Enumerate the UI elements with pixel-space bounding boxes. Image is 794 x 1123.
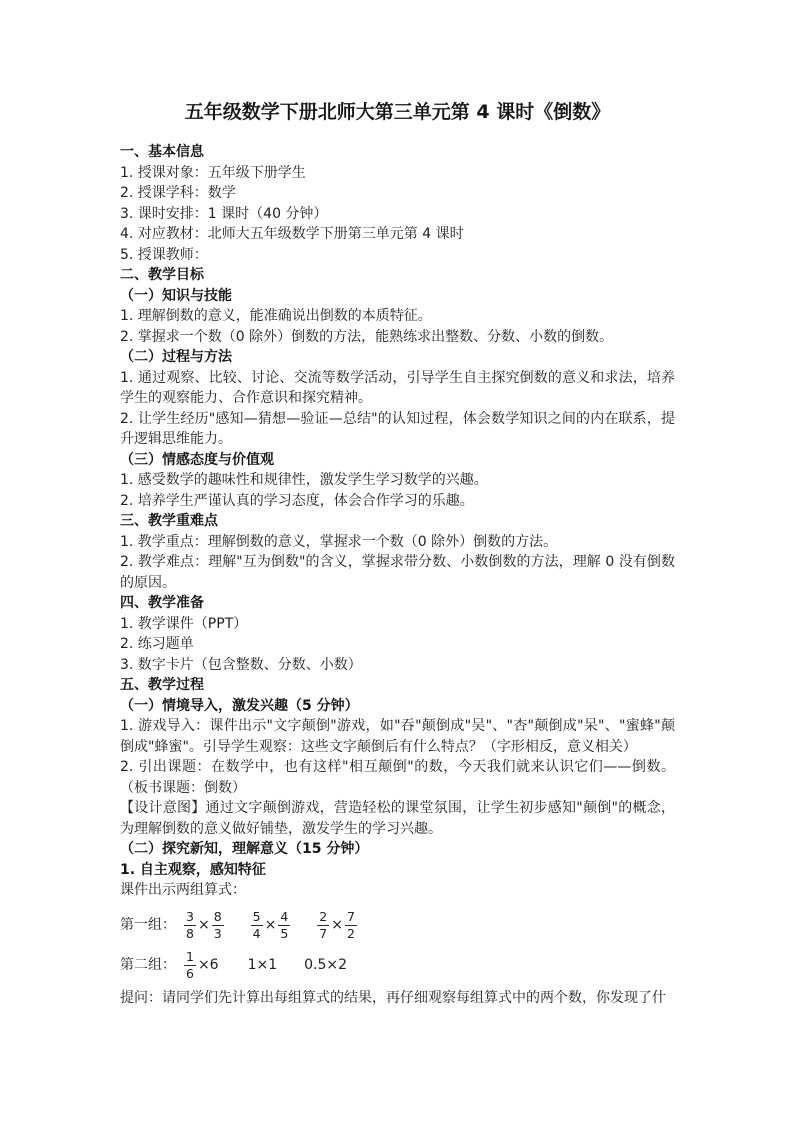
key-point-item: 2. 教学难点：理解"互为倒数"的含义，掌握求带分数、小数倒数的方法，理解 0 … [120, 552, 675, 593]
section-heading-objectives: 二、教学目标 [120, 265, 675, 286]
stage2-heading: （二）探究新知，理解意义（15 分钟） [120, 839, 675, 860]
activity-heading: 1. 自主观察，感知特征 [120, 860, 675, 881]
subsection-heading-knowledge-skills: （一）知识与技能 [120, 286, 675, 307]
multiply-operator: × [331, 916, 343, 934]
objective-item: 1. 感受数学的趣味性和规律性，激发学生学习数学的兴趣。 [120, 470, 675, 491]
fraction-numerator: 3 [184, 910, 196, 926]
fraction-denominator: 4 [251, 926, 263, 941]
stage1-item: 1. 游戏导入：课件出示"文字颠倒"游戏，如"吞"颠倒成"吴"、"杏"颠倒成"呆… [120, 716, 675, 757]
fraction-numerator: 7 [345, 910, 357, 926]
question-paragraph: 提问：请同学们先计算出每组算式的结果，再仔细观察每组算式中的两个数，你发现了什 [120, 988, 675, 1009]
fraction-numerator: 5 [251, 910, 263, 926]
subsection-heading-process-methods: （二）过程与方法 [120, 347, 675, 368]
formula-row-group2: 第二组： 16 ×6 1×1 0.5×2 [120, 950, 675, 981]
basic-info-item: 3. 课时安排：1 课时（40 分钟） [120, 204, 675, 225]
fraction: 45 [278, 910, 290, 941]
fraction-expression: 38 × 83 [184, 910, 224, 941]
fraction: 27 [317, 910, 329, 941]
plain-expression: 0.5×2 [304, 956, 347, 974]
fraction-numerator: 2 [317, 910, 329, 926]
section-heading-basic-info: 一、基本信息 [120, 142, 675, 163]
key-point-item: 1. 教学重点：理解倒数的意义，掌握求一个数（0 除外）倒数的方法。 [120, 532, 675, 553]
objective-item: 1. 理解倒数的意义，能准确说出倒数的本质特征。 [120, 306, 675, 327]
formula-row-group1: 第一组： 38 × 83 54 × 45 27 × 72 [120, 910, 675, 941]
preparation-item: 1. 教学课件（PPT） [120, 614, 675, 635]
fraction: 83 [212, 910, 224, 941]
fraction-denominator: 7 [317, 926, 329, 941]
objective-item: 2. 让学生经历"感知—猜想—验证—总结"的认知过程，体会数学知识之间的内在联系… [120, 409, 675, 450]
preparation-item: 2. 练习题单 [120, 634, 675, 655]
basic-info-item: 4. 对应教材：北师大五年级数学下册第三单元第 4 课时 [120, 224, 675, 245]
expression-suffix: ×6 [198, 956, 219, 974]
objective-item: 2. 培养学生严谨认真的学习态度，体会合作学习的乐趣。 [120, 491, 675, 512]
plain-expression: 1×1 [248, 956, 278, 974]
fraction-numerator: 1 [184, 950, 196, 966]
basic-info-item: 1. 授课对象：五年级下册学生 [120, 163, 675, 184]
multiply-operator: × [265, 916, 277, 934]
document-title: 五年级数学下册北师大第三单元第 4 课时《倒数》 [120, 99, 675, 126]
fraction-denominator: 3 [212, 926, 224, 941]
fraction-numerator: 8 [212, 910, 224, 926]
section-heading-key-points: 三、教学重难点 [120, 511, 675, 532]
fraction-denominator: 8 [184, 926, 196, 941]
fraction-expression: 27 × 72 [317, 910, 357, 941]
fraction-denominator: 2 [345, 926, 357, 941]
basic-info-item: 2. 授课学科：数学 [120, 183, 675, 204]
stage1-item: 2. 引出课题：在数学中，也有这样"相互颠倒"的数，今天我们就来认识它们——倒数… [120, 757, 675, 798]
subsection-heading-attitude-values: （三）情感态度与价值观 [120, 450, 675, 471]
fraction-expression: 16 ×6 [184, 950, 221, 981]
fraction: 72 [345, 910, 357, 941]
document-page: 五年级数学下册北师大第三单元第 4 课时《倒数》 一、基本信息 1. 授课对象：… [0, 0, 794, 1123]
fraction: 38 [184, 910, 196, 941]
preparation-item: 3. 数字卡片（包含整数、分数、小数） [120, 655, 675, 676]
fraction: 54 [251, 910, 263, 941]
basic-info-item: 5. 授课教师： [120, 245, 675, 266]
formula-group-label: 第二组： [120, 956, 176, 974]
objective-item: 1. 通过观察、比较、讨论、交流等数学活动，引导学生自主探究倒数的意义和求法，培… [120, 368, 675, 409]
multiply-operator: × [198, 916, 210, 934]
design-intent-note: 【设计意图】通过文字颠倒游戏，营造轻松的课堂氛围，让学生初步感知"颠倒"的概念，… [120, 798, 675, 839]
section-heading-preparation: 四、教学准备 [120, 593, 675, 614]
formula-group-label: 第一组： [120, 916, 176, 934]
formula-intro: 课件出示两组算式： [120, 880, 675, 901]
stage1-heading: （一）情境导入，激发兴趣（5 分钟） [120, 696, 675, 717]
section-heading-process: 五、教学过程 [120, 675, 675, 696]
fraction-denominator: 5 [278, 926, 290, 941]
fraction: 16 [184, 950, 196, 981]
objective-item: 2. 掌握求一个数（0 除外）倒数的方法，能熟练求出整数、分数、小数的倒数。 [120, 327, 675, 348]
fraction-denominator: 6 [184, 966, 196, 981]
fraction-numerator: 4 [278, 910, 290, 926]
fraction-expression: 54 × 45 [251, 910, 291, 941]
